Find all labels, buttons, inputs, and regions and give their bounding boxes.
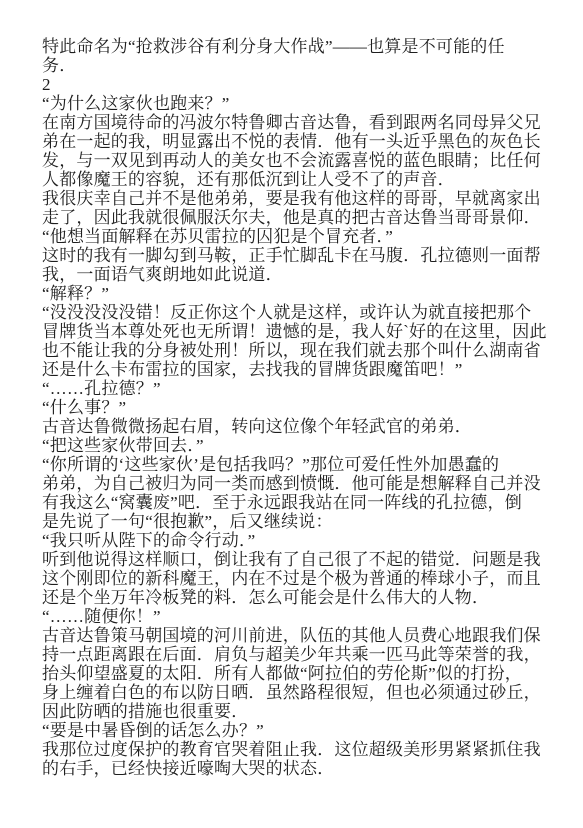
text-line: 持一点距离跟在后面．肩负与超美少年共乘一匹马此等荣誉的我， — [42, 645, 555, 664]
text-line: 务． — [42, 56, 555, 75]
text-line: 2 — [42, 75, 555, 94]
text-line: 是先说了一句“很抱歉”，后又继续说： — [42, 512, 555, 531]
text-line: 古音达鲁微微扬起右眉，转向这位像个年轻武官的弟弟． — [42, 417, 555, 436]
text-line: “没没没没没错！反正你这个人就是这样，或许认为就直接把那个 — [42, 303, 555, 322]
text-line: “他想当面解释在苏贝雷拉的囚犯是个冒充者．” — [42, 227, 555, 246]
text-line: 也不能让我的分身被处刑！所以，现在我们就去那个叫什么湖南省 — [42, 341, 555, 360]
text-line: 我很庆幸自己并不是他弟弟，要是我有他这样的哥哥，早就离家出 — [42, 189, 555, 208]
text-line: 我那位过度保护的教育官哭着阻止我．这位超级美形男紧紧抓住我 — [42, 740, 555, 759]
text-line: “我只听从陛下的命令行动．” — [42, 531, 555, 550]
text-line: 走了，因此我就很佩服沃尔夫，他是真的把古音达鲁当哥哥景仰． — [42, 208, 555, 227]
text-line: 这个刚即位的新科魔王，内在不过是个极为普通的棒球小子，而且 — [42, 569, 555, 588]
text-line: 弟弟，为自己被归为同一类而感到愤慨．他可能是想解释自己并没 — [42, 474, 555, 493]
text-line: 我，一面语气爽朗地如此说道． — [42, 265, 555, 284]
text-line: 古音达鲁策马朝国境的河川前进，队伍的其他人员费心地跟我们保 — [42, 626, 555, 645]
text-line: “把这些家伙带回去．” — [42, 436, 555, 455]
novel-text-block: 特此命名为“抢救涉谷有利分身大作战”——也算是不可能的任务．2“为什么这家伙也跑… — [42, 37, 555, 778]
text-line: 抬头仰望盛夏的太阳．所有人都做“阿拉伯的劳伦斯”似的打扮， — [42, 664, 555, 683]
text-line: 发，与一双见到再动人的美女也不会流露喜悦的蓝色眼睛；比任何 — [42, 151, 555, 170]
text-line: 人都像魔王的容貌，还有那低沉到让人受不了的声音． — [42, 170, 555, 189]
text-line: “什么事？” — [42, 398, 555, 417]
text-line: 还是个坐万年冷板凳的料．怎么可能会是什么伟大的人物． — [42, 588, 555, 607]
text-line: “……孔拉德？” — [42, 379, 555, 398]
text-line: “解释？” — [42, 284, 555, 303]
text-line: 因此防晒的措施也很重要． — [42, 702, 555, 721]
text-line: 还是什么卡布雷拉的国家，去找我的冒牌货跟魔笛吧！” — [42, 360, 555, 379]
text-line: 听到他说得这样顺口，倒让我有了自己很了不起的错觉．问题是我 — [42, 550, 555, 569]
text-line: “要是中暑昏倒的话怎么办？” — [42, 721, 555, 740]
text-line: 弟在一起的我，明显露出不悦的表情．他有一头近乎黑色的灰色长 — [42, 132, 555, 151]
text-line: 身上缠着白色的布以防日晒．虽然路程很短，但也必须通过砂丘， — [42, 683, 555, 702]
novel-page: 特此命名为“抢救涉谷有利分身大作战”——也算是不可能的任务．2“为什么这家伙也跑… — [0, 0, 583, 828]
text-line: “你所谓的‘这些家伙’是包括我吗？”那位可爱任性外加愚蠢的 — [42, 455, 555, 474]
text-line: 冒牌货当本尊处死也无所谓！遗憾的是，我人好`好的在这里，因此 — [42, 322, 555, 341]
text-line: “……随便你！” — [42, 607, 555, 626]
text-line: 有我这么“窝囊废”吧．至于永远跟我站在同一阵线的孔拉德，倒 — [42, 493, 555, 512]
text-line: “为什么这家伙也跑来？” — [42, 94, 555, 113]
text-line: 特此命名为“抢救涉谷有利分身大作战”——也算是不可能的任 — [42, 37, 555, 56]
text-line: 在南方国境待命的冯波尔特鲁卿古音达鲁，看到跟两名同母异父兄 — [42, 113, 555, 132]
text-line: 这时的我有一脚勾到马鞍，正手忙脚乱卡在马腹．孔拉德则一面帮 — [42, 246, 555, 265]
text-line: 的右手，已经快接近嚎啕大哭的状态． — [42, 759, 555, 778]
